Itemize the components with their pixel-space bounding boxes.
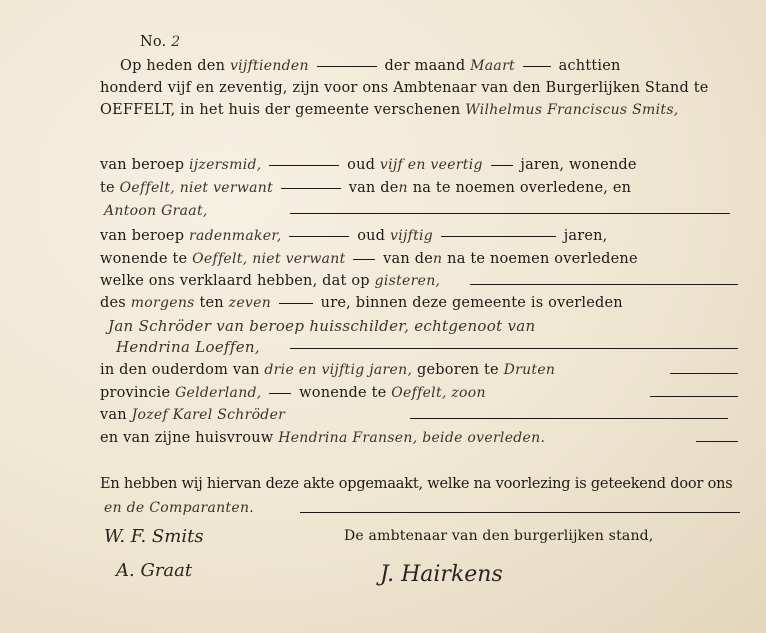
line-closing: En hebben wij hiervan deze akte opgemaak… [100,476,733,492]
signature-witness2: A. Graat [116,560,192,581]
handwritten-residence: Oeffelt, niet verwant [192,251,345,267]
text: geboren te [417,362,499,378]
text: te [100,180,115,196]
line-occupation1: van beroep ijzersmid, oud vijf en veerti… [100,157,637,173]
handwritten-day: vijftienden [230,58,309,74]
text: ure, binnen deze gemeente is overleden [321,295,623,311]
handwritten-mother: Hendrina Fransen, beide overleden. [278,430,545,446]
line-comparants: en de Comparanten. [104,500,254,516]
text: in den ouderdom van [100,362,260,378]
signature-official: J. Hairkens [380,562,503,587]
handwritten-occupation: radenmaker, [189,228,282,244]
text: oud [347,157,375,173]
text: na te noemen overledene [447,251,638,267]
text: provincie [100,385,170,401]
handwritten-residence: Oeffelt, niet verwant [120,180,273,196]
text: der maand [384,58,465,74]
signature-witness1: W. F. Smits [104,526,204,547]
line-province: provincie Gelderland, wonende te Oeffelt… [100,385,486,401]
number-value: 2 [171,34,180,50]
handwritten-age: vijf en veertig [380,157,483,173]
handwritten-n: n [399,180,408,196]
text: wonende te [299,385,386,401]
handwritten-birthplace: Druten [504,362,556,378]
text: van de [383,251,433,267]
line-time: des morgens ten zeven ure, binnen deze g… [100,295,623,311]
text: OEFFELT, in het huis der gemeente versch… [100,102,460,118]
handwritten-age: vijftig [390,228,433,244]
handwritten-father: Jozef Karel Schröder [132,407,286,423]
line-age-birthplace: in den ouderdom van drie en vijftig jare… [100,362,555,378]
text: en van zijne huisvrouw [100,430,273,446]
text: na te noemen overledene, en [413,180,632,196]
line-declarant2: Antoon Graat, [104,203,208,219]
number-label: No. [140,34,166,50]
line-residence1: te Oeffelt, niet verwant van den na te n… [100,180,631,196]
text: des [100,295,126,311]
line-deceased: Jan Schröder van beroep huisschilder, ec… [108,317,535,335]
handwritten-n: n [433,251,442,267]
handwritten-spouse: Hendrina Loeffen, [116,338,260,356]
text: van beroep [100,228,184,244]
line-residence2: wonende te Oeffelt, niet verwant van den… [100,251,638,267]
handwritten-hour: zeven [229,295,271,311]
text: wonende te [100,251,187,267]
text: van [100,407,127,423]
text: van beroep [100,157,184,173]
line-appeared: OEFFELT, in het huis der gemeente versch… [100,102,679,118]
handwritten-occupation: ijzersmid, [189,157,262,173]
line-father: van Jozef Karel Schröder [100,407,285,423]
handwritten-age: drie en vijftig jaren, [264,362,412,378]
handwritten-province: Gelderland, [175,385,261,401]
handwritten-deceased: Jan Schröder van beroep huisschilder, ec… [108,317,535,335]
record-number: No. 2 [140,34,180,50]
handwritten-comparants: en de Comparanten. [104,500,254,516]
text: Op heden den [120,58,225,74]
text: achttien [559,58,621,74]
line-date: Op heden den vijftienden der maand Maart… [120,58,621,74]
text: jaren, wonende [520,157,636,173]
handwritten-declarant1: Wilhelmus Franciscus Smits, [465,102,678,118]
handwritten-declarant2: Antoon Graat, [104,203,208,219]
text: ten [199,295,223,311]
line-occupation2: van beroep radenmaker, oud vijftig jaren… [100,228,608,244]
handwritten-daypart: morgens [131,295,195,311]
line-mother: en van zijne huisvrouw Hendrina Fransen,… [100,430,545,446]
handwritten-day: gisteren, [375,273,441,289]
line-declared: welke ons verklaard hebben, dat op giste… [100,273,440,289]
text: oud [357,228,385,244]
handwritten-month: Maart [470,58,515,74]
official-label: De ambtenaar van den burgerlijken stand, [344,528,653,544]
line-spouse: Hendrina Loeffen, [116,338,260,356]
text: jaren, [564,228,608,244]
handwritten-residence: Oeffelt, zoon [391,385,486,401]
line-text: honderd vijf en zeventig, zijn voor ons … [100,80,709,96]
text: welke ons verklaard hebben, dat op [100,273,370,289]
text: van de [349,180,399,196]
